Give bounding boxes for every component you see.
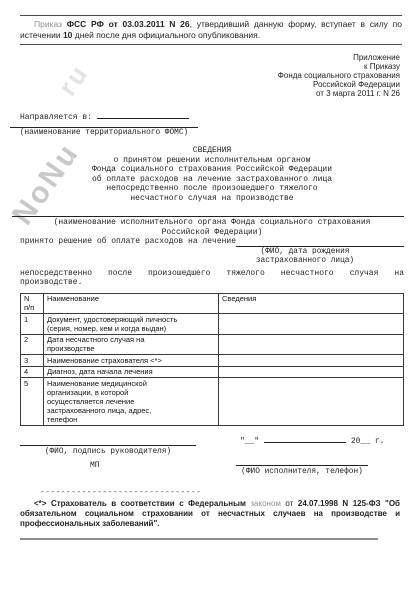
row-name-cell: Документ, удостоверяющий личность (серия… (44, 314, 219, 335)
table-row: 1 Документ, удостоверяющий личность (сер… (21, 314, 404, 335)
text-segment: <*> Страхователь в соответствии с Федера… (34, 499, 250, 508)
row-number-cell: 3 (21, 355, 44, 367)
appendix-block: Приложение к Приказу Фонда социального с… (0, 53, 400, 98)
tail-line: производстве. (20, 278, 404, 288)
row-number-cell: 2 (21, 334, 44, 355)
row-value-cell (219, 355, 404, 367)
row-number-cell: 4 (21, 366, 44, 378)
footnote-line: обязательном социальном страховании от н… (20, 509, 400, 519)
executor-line (236, 465, 368, 466)
header-name: Наименование (44, 293, 219, 314)
table-row: 2 Дата несчастного случая на производств… (21, 334, 404, 355)
text-segment: обязательном социальном страховании от н… (20, 509, 400, 518)
row-name-cell: Дата несчастного случая на производстве (44, 334, 219, 355)
executor-caption: (ФИО исполнителя, телефон) (228, 468, 376, 478)
text-segment: 10 (63, 30, 72, 40)
fio-caption: (ФИО, дата рождения застрахованного лица… (240, 248, 370, 267)
text-segment: дней после дня официального опубликовани… (72, 30, 260, 40)
row-name-cell: Диагноз, дата начала лечения (44, 366, 219, 378)
date-year: 20__ г. (351, 437, 385, 446)
stamp-mark: МП (90, 461, 100, 471)
decision-text: принято решение об оплате расходов на ле… (20, 237, 236, 247)
law-link[interactable]: законом (250, 499, 281, 508)
row-value-cell (219, 366, 404, 378)
order-link[interactable]: Приказ (34, 19, 67, 29)
decision-blank-line (236, 239, 404, 247)
note-line: Приказ ФСС РФ от 03.03.2011 N 26, утверд… (20, 19, 402, 30)
document-page: NoNu ru Приказ ФСС РФ от 03.03.2011 N 26… (0, 0, 420, 600)
row-number-cell: 5 (21, 378, 44, 426)
row-number-cell: 1 (21, 314, 44, 335)
head-signature-caption: (ФИО, подпись руководителя) (20, 448, 196, 458)
footnote-separator: ------------------------------- (40, 488, 420, 498)
tail-paragraph: непосредственно после произошедшего тяже… (20, 269, 404, 288)
row-value-cell (219, 334, 404, 355)
row-value-cell (219, 378, 404, 426)
table-row: 5 Наименование медицинской организации, … (21, 378, 404, 426)
footnote-line: <*> Страхователь в соответствии с Федера… (20, 499, 400, 509)
text-segment: 24.07.1998 N 125-ФЗ "Об (298, 499, 400, 508)
date-blank-line (264, 435, 346, 443)
text-segment: истечении (20, 30, 63, 40)
header-num: N п/п (21, 293, 44, 314)
date-quotes: "__" (240, 437, 259, 446)
addressed-caption: (наименование территориального ФОМС) (20, 129, 188, 137)
header-info: Сведения (219, 293, 404, 314)
row-value-cell (219, 314, 404, 335)
effective-date-note: Приказ ФСС РФ от 03.03.2011 N 26, утверд… (20, 15, 402, 45)
text-segment: , утвердивший данную форму, вступает в с… (190, 19, 402, 29)
addressed-caption-block: (наименование территориального ФОМС) (10, 127, 198, 139)
text-segment: ФСС РФ от 03.03.2011 N 26 (67, 19, 190, 29)
signature-area: (ФИО, подпись руководителя) "__" 20__ г.… (0, 432, 420, 488)
info-table: N п/п Наименование Сведения 1 Документ, … (20, 293, 404, 426)
table-row: 3 Наименование страхователя <*> (21, 355, 404, 367)
table-header-row: N п/п Наименование Сведения (21, 293, 404, 314)
table-row: 4 Диагноз, дата начала лечения (21, 366, 404, 378)
org-caption: (наименование исполнительного органа Фон… (20, 218, 404, 237)
bottom-rule (20, 538, 378, 540)
date-line: "__" 20__ г. (240, 435, 384, 447)
tail-line: непосредственно после произошедшего тяже… (20, 269, 404, 279)
footnote: <*> Страхователь в соответствии с Федера… (20, 499, 400, 529)
head-signature-line (20, 445, 196, 446)
row-name-cell: Наименование страхователя <*> (44, 355, 219, 367)
row-name-cell: Наименование медицинской организации, в … (44, 378, 219, 426)
note-line: истечении 10 дней после дня официального… (20, 30, 402, 41)
addressed-blank-line (97, 111, 189, 119)
decision-line: принято решение об оплате расходов на ле… (20, 237, 404, 247)
text-segment: от (281, 499, 298, 508)
addressed-label: Направляется в: (20, 113, 92, 122)
text-segment: профессиональных заболеваний". (20, 519, 159, 528)
document-title: СВЕДЕНИЯ о принятом решении исполнительн… (20, 146, 404, 203)
footnote-line: профессиональных заболеваний". (20, 519, 400, 529)
addressed-line: Направляется в: (20, 111, 420, 123)
org-blank-line (12, 216, 404, 217)
